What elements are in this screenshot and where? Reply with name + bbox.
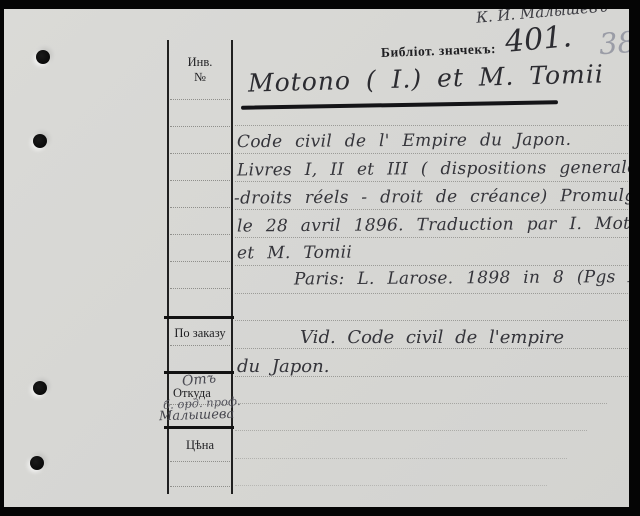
column-ruled-line xyxy=(170,234,230,235)
ruled-line xyxy=(235,209,628,210)
cell-divider xyxy=(164,316,234,319)
title-underline xyxy=(241,100,558,110)
ruled-line xyxy=(235,348,628,349)
punch-hole xyxy=(30,456,44,470)
inventory-label-line2: № xyxy=(168,70,232,85)
scan-border-bottom xyxy=(0,507,640,516)
ruled-line xyxy=(235,237,628,238)
inventory-label-line1: Инв. xyxy=(168,55,232,70)
scan-border-left xyxy=(0,0,4,516)
card-title: Motono ( I.) et M. Tomii xyxy=(248,59,604,97)
column-ruled-line xyxy=(170,126,230,127)
library-mark-number: 401. xyxy=(504,19,574,60)
ruled-line xyxy=(235,125,628,126)
column-ruled-line xyxy=(170,288,230,289)
punch-hole xyxy=(36,50,50,64)
column-ruled-line xyxy=(170,261,230,262)
body-line: Code civil de l' Empire du Japon. xyxy=(237,130,571,152)
ruled-line xyxy=(235,430,587,431)
cross-reference-line1: Vid. Code civil de l'empire xyxy=(300,327,564,348)
column-ruled-line xyxy=(170,207,230,208)
body-line: et M. Tomii xyxy=(237,243,352,264)
imprint-line: Paris: L. Larose. 1898 in 8 (Pgs XV+174) xyxy=(294,267,640,290)
price-label: Цѣна xyxy=(168,438,232,453)
inventory-number-label: Инв. № xyxy=(168,55,232,85)
ruled-line xyxy=(235,403,607,404)
ruled-line xyxy=(235,265,628,266)
column-ruled-line xyxy=(170,461,230,462)
column-ruled-line xyxy=(170,345,230,346)
column-ruled-line xyxy=(170,180,230,181)
by-order-label: По заказу xyxy=(168,326,232,341)
body-line: Livres I, II et III ( dispositions gener… xyxy=(237,157,640,180)
ruled-line xyxy=(235,181,628,182)
ruled-line xyxy=(235,153,628,154)
catalog-card-scan: К. И. Малышевъ Библіот. значекъ: 401. 38… xyxy=(0,0,640,516)
punch-hole xyxy=(33,134,47,148)
cross-reference-line2: du Japon. xyxy=(237,356,329,377)
ruled-line xyxy=(235,485,547,486)
provenance-handwriting-line3: Малышева xyxy=(159,407,235,425)
cell-divider xyxy=(164,426,234,429)
body-line: le 28 avril 1896. Traduction par I. Moto… xyxy=(237,214,640,237)
ruled-line xyxy=(235,320,628,321)
ruled-line xyxy=(235,293,628,294)
library-mark-label: Библіот. значекъ: xyxy=(381,41,497,61)
body-line: -droits réels - droit de créance) Promul… xyxy=(234,185,640,208)
scan-border-top xyxy=(0,0,640,9)
column-ruled-line xyxy=(170,486,230,487)
column-ruled-line xyxy=(170,153,230,154)
scan-border-right xyxy=(629,0,640,516)
column-ruled-line xyxy=(170,99,230,100)
ruled-line xyxy=(235,458,567,459)
punch-hole xyxy=(33,381,47,395)
